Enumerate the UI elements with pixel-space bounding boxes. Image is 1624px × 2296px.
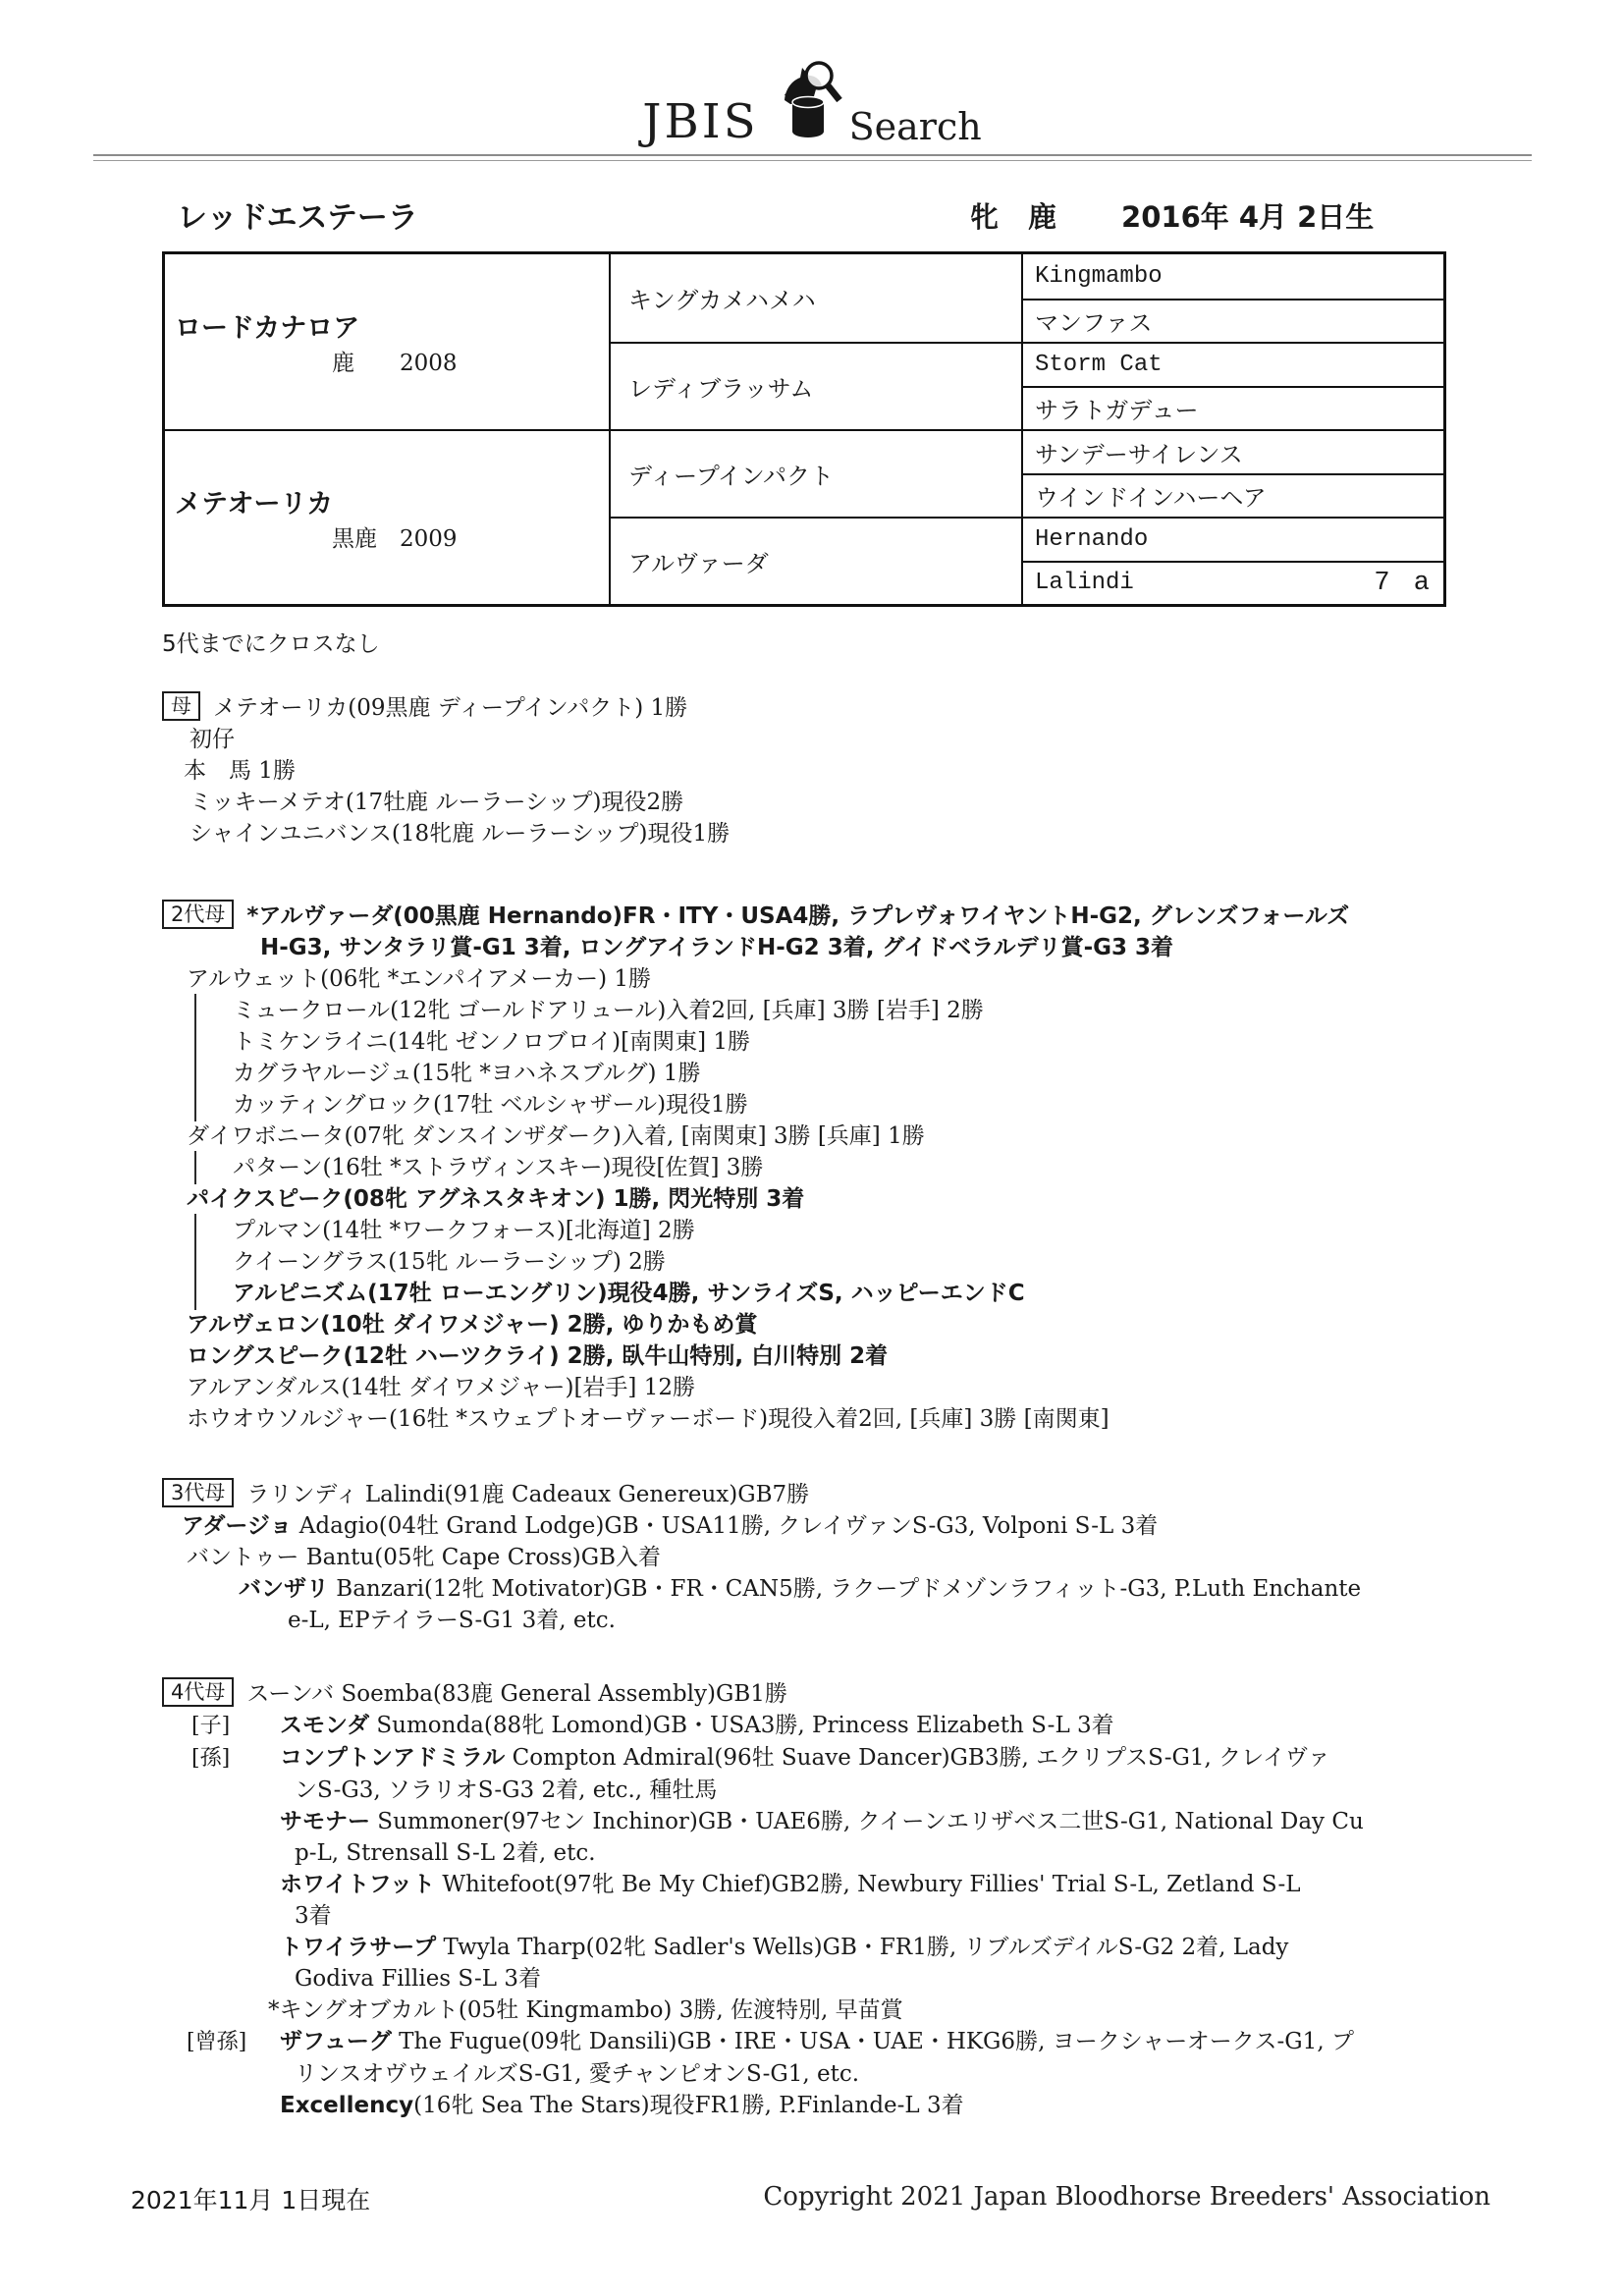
pedigree-line: パターン(16牡 *ストラヴィンスキー)現役[佐賀] 3勝 xyxy=(162,1152,1517,1183)
horse-name-bold: H-G3, サンタラリ賞-G1 3着, ロングアイランドH-G2 3着, グイド… xyxy=(260,935,1173,960)
pedigree-sections: 母メテオーリカ(09黒鹿 ディープインパクト) 1勝初仔本 馬 1勝ミッキーメテ… xyxy=(162,691,1517,2121)
report-date: 2021年11月 1日現在 xyxy=(131,2181,370,2216)
pedigree-table: ロードカナロア 鹿 2008 メテオーリカ 黒鹿 2009 キングカメハメハ レ… xyxy=(162,251,1446,607)
granddam-cell: レディブラッサム xyxy=(609,342,1021,429)
sex-label: 牝 xyxy=(970,195,999,236)
line-text: アルアンダルス(14牡 ダイワメジャー)[岩手] 12勝 xyxy=(187,1375,695,1400)
section-granddam-3: 3代母ラリンディ Lalindi(91鹿 Cadeaux Genereux)GB… xyxy=(162,1478,1517,1636)
pedigree-line: 母メテオーリカ(09黒鹿 ディープインパクト) 1勝 xyxy=(162,691,1517,724)
pedigree-line: プルマン(14牡 *ワークフォース)[北海道] 2勝 xyxy=(162,1215,1517,1246)
ancestor-cell: Lalindi 7 a xyxy=(1021,561,1443,605)
line-text: カグラヤルージュ(15牝 *ヨハネスブルグ) 1勝 xyxy=(233,1061,700,1086)
line-text: クイーングラス(15牝 ルーラーシップ) 2勝 xyxy=(233,1249,666,1275)
pedigree-line: p-L, Strensall S-L 2着, etc. xyxy=(162,1837,1517,1869)
tree-connector-line xyxy=(194,1025,196,1059)
relation-label: [孫] xyxy=(191,1743,280,1775)
pedigree-line: 3代母ラリンディ Lalindi(91鹿 Cadeaux Genereux)GB… xyxy=(162,1478,1517,1510)
line-text: Compton Admiral(96牡 Suave Dancer)GB3勝, エ… xyxy=(505,1745,1329,1771)
pedigree-line: ダイワボニータ(07牝 ダンスインザダーク)入着, [南関東] 3勝 [兵庫] … xyxy=(162,1121,1517,1152)
horse-name-bold: サモナー xyxy=(280,1809,370,1834)
horse-name-bold: アルヴェロン xyxy=(187,1312,320,1338)
line-text: ンS-G3, ソラリオS-G3 2着, etc., 種牡馬 xyxy=(295,1777,717,1803)
section-granddam-2: 2代母*アルヴァーダ(00黒鹿 Hernando)FR・ITY・USA4勝, ラ… xyxy=(162,900,1517,1435)
pedigree-line: [孫]コンプトンアドミラル Compton Admiral(96牡 Suave … xyxy=(162,1742,1517,1775)
tree-connector-line xyxy=(194,1088,196,1121)
line-text: (16牝 Sea The Stars)現役FR1勝, P.Finlande-L … xyxy=(413,2093,964,2118)
jbis-logo: JBIS Search xyxy=(0,59,1624,147)
pedigree-line: H-G3, サンタラリ賞-G1 3着, ロングアイランドH-G2 3着, グイド… xyxy=(162,932,1517,963)
horse-magnifier-logo-icon xyxy=(769,59,845,149)
horse-name-bold: ホワイトフット xyxy=(280,1872,435,1897)
horse-name-bold: バンザリ xyxy=(239,1576,329,1602)
generation-label: 2代母 xyxy=(162,900,234,929)
pedigree-line: ミッキーメテオ(17牡鹿 ルーラーシップ)現役2勝 xyxy=(162,787,1517,818)
pedigree-line: クイーングラス(15牝 ルーラーシップ) 2勝 xyxy=(162,1246,1517,1278)
cross-note: 5代までにクロスなし xyxy=(162,629,1517,660)
section-granddam-4: 4代母スーンバ Soemba(83鹿 General Assembly)GB1勝… xyxy=(162,1677,1517,2121)
horse-name-bold: コンプトンアドミラル xyxy=(280,1745,505,1771)
line-text: p-L, Strensall S-L 2着, etc. xyxy=(295,1840,596,1866)
line-text: Summoner(97セン Inchinor)GB・UAE6勝, クイーンエリザ… xyxy=(370,1809,1364,1834)
line-text: メテオーリカ(09黒鹿 ディープインパクト) 1勝 xyxy=(213,695,687,721)
pedigree-line: ホウオウソルジャー(16牡 *スウェプトオーヴァーボード)現役入着2回, [兵庫… xyxy=(162,1403,1517,1435)
line-text: The Fugue(09牝 Dansili)GB・IRE・USA・UAE・HKG… xyxy=(392,2029,1354,2054)
ancestor-name: Lalindi xyxy=(1035,570,1134,596)
pedigree-line: Excellency(16牝 Sea The Stars)現役FR1勝, P.F… xyxy=(162,2090,1517,2121)
line-text: プルマン(14牡 *ワークフォース)[北海道] 2勝 xyxy=(233,1218,695,1243)
pedigree-line: アルヴェロン(10牡 ダイワメジャー) 2勝, ゆりかもめ賞 xyxy=(162,1309,1517,1340)
horse-name-bold: Excellency xyxy=(280,2093,413,2118)
report-body: 5代までにクロスなし 母メテオーリカ(09黒鹿 ディープインパクト) 1勝初仔本… xyxy=(162,629,1517,2121)
dam-cell: メテオーリカ 黒鹿 2009 xyxy=(165,429,609,604)
line-text: トミケンライニ(14牝 ゼンノロブロイ)[南関東] 1勝 xyxy=(233,1029,750,1055)
ancestor-cell: サラトガデュー xyxy=(1021,386,1443,430)
pedigree-line: シャインユニバンス(18牝鹿 ルーラーシップ)現役1勝 xyxy=(162,818,1517,849)
pedigree-line: Godiva Fillies S-L 3着 xyxy=(162,1963,1517,1995)
dam-name: メテオーリカ xyxy=(175,482,333,520)
tree-connector-line xyxy=(194,1245,196,1279)
pedigree-line: 本 馬 1勝 xyxy=(162,755,1517,787)
generation-label: 4代母 xyxy=(162,1677,234,1707)
line-text: *キングオブカルト(05牡 Kingmambo) 3勝, 佐渡特別, 早苗賞 xyxy=(268,1997,903,2023)
horse-name-bold: アダージョ xyxy=(182,1513,292,1539)
document-page: { "header": { "brand_left": "JBIS", "bra… xyxy=(0,0,1624,2296)
pedigree-line: 3着 xyxy=(162,1900,1517,1932)
pedigree-line: バントゥー Bantu(05牝 Cape Cross)GB入着 xyxy=(162,1542,1517,1573)
ancestor-cell: Hernando xyxy=(1021,517,1443,561)
dam-coat-year: 黒鹿 2009 xyxy=(175,520,458,553)
horse-name-bold: スモンダ xyxy=(280,1713,369,1738)
generation-label: 3代母 xyxy=(162,1478,234,1507)
horse-title: レッドエステーラ xyxy=(177,192,418,237)
tree-connector-line xyxy=(194,1057,196,1090)
pedigree-line: アダージョ Adagio(04牡 Grand Lodge)GB・USA11勝, … xyxy=(162,1510,1517,1542)
pedigree-line: [曾孫]ザフューグ The Fugue(09牝 Dansili)GB・IRE・U… xyxy=(162,2026,1517,2058)
line-text: Adagio(04牡 Grand Lodge)GB・USA11勝, クレイヴァン… xyxy=(292,1513,1158,1539)
tree-connector-line xyxy=(194,994,196,1027)
horse-name-bold: (10牡 ダイワメジャー) 2勝, ゆりかもめ賞 xyxy=(320,1312,757,1338)
horse-name-bold: ザフューグ xyxy=(280,2029,392,2054)
tree-connector-line xyxy=(194,1214,196,1247)
pedigree-line: トミケンライニ(14牝 ゼンノロブロイ)[南関東] 1勝 xyxy=(162,1026,1517,1058)
pedigree-line: [子]スモンダ Sumonda(88牝 Lomond)GB・USA3勝, Pri… xyxy=(162,1710,1517,1742)
pedigree-line: サモナー Summoner(97セン Inchinor)GB・UAE6勝, クイ… xyxy=(162,1806,1517,1837)
pedigree-line: ミュークロール(12牝 ゴールドアリュール)入着2回, [兵庫] 3勝 [岩手]… xyxy=(162,995,1517,1026)
grandsire-cell: キングカメハメハ xyxy=(609,254,1021,342)
sex-coat-birth: 牝 鹿 2016年 4月 2日生 xyxy=(970,195,1374,236)
line-text: カッティングロック(17牡 ベルシャザール)現役1勝 xyxy=(233,1092,748,1118)
pedigree-line: アルウェット(06牝 *エンパイアメーカー) 1勝 xyxy=(162,963,1517,995)
horse-name-bold: パイクスピーク xyxy=(187,1186,343,1212)
search-logo-text: Search xyxy=(849,108,982,145)
pedigree-line: 4代母スーンバ Soemba(83鹿 General Assembly)GB1勝 xyxy=(162,1677,1517,1710)
horse-name-bold: (12牡 ハーツクライ) 2勝, 臥牛山特別, 白川特別 2着 xyxy=(343,1343,888,1369)
generation-label: 母 xyxy=(162,691,200,721)
horse-name-bold: アルピニズム xyxy=(233,1281,367,1306)
horse-name-bold: (17牡 ローエングリン)現役4勝, サンライズS, ハッピーエンドC xyxy=(367,1281,1025,1306)
line-text: ミュークロール(12牝 ゴールドアリュール)入着2回, [兵庫] 3勝 [岩手]… xyxy=(233,998,984,1023)
ancestor-cell: ウインドインハーヘア xyxy=(1021,473,1443,518)
tree-connector-line xyxy=(194,1151,196,1184)
jbis-logo-text: JBIS xyxy=(642,98,758,145)
line-text: ホウオウソルジャー(16牡 *スウェプトオーヴァーボード)現役入着2回, [兵庫… xyxy=(187,1406,1110,1432)
pedigree-line: アルピニズム(17牡 ローエングリン)現役4勝, サンライズS, ハッピーエンド… xyxy=(162,1278,1517,1309)
granddam-cell: アルヴァーダ xyxy=(609,517,1021,604)
header-divider xyxy=(93,154,1532,161)
horse-name-bold: *アルヴァーダ xyxy=(246,903,393,929)
pedigree-line: ンS-G3, ソラリオS-G3 2着, etc., 種牡馬 xyxy=(162,1775,1517,1806)
pedigree-line: *キングオブカルト(05牡 Kingmambo) 3勝, 佐渡特別, 早苗賞 xyxy=(162,1995,1517,2026)
horse-name-bold: トワイラサープ xyxy=(280,1935,436,1960)
pedigree-line: パイクスピーク(08牝 アグネスタキオン) 1勝, 閃光特別 3着 xyxy=(162,1183,1517,1215)
line-text: Godiva Fillies S-L 3着 xyxy=(295,1966,541,1992)
line-text: ミッキーメテオ(17牡鹿 ルーラーシップ)現役2勝 xyxy=(189,790,683,815)
section-dam: 母メテオーリカ(09黒鹿 ディープインパクト) 1勝初仔本 馬 1勝ミッキーメテ… xyxy=(162,691,1517,849)
line-text: 初仔 xyxy=(189,727,235,752)
line-text: アルウェット(06牝 *エンパイアメーカー) 1勝 xyxy=(187,966,651,992)
line-text: シャインユニバンス(18牝鹿 ルーラーシップ)現役1勝 xyxy=(189,821,730,847)
ancestor-cell: サンデーサイレンス xyxy=(1021,429,1443,473)
pedigree-line: アルアンダルス(14牡 ダイワメジャー)[岩手] 12勝 xyxy=(162,1372,1517,1403)
line-text: ダイワボニータ(07牝 ダンスインザダーク)入着, [南関東] 3勝 [兵庫] … xyxy=(187,1123,925,1149)
horse-name-bold: (08牝 アグネスタキオン) 1勝, 閃光特別 3着 xyxy=(343,1186,804,1212)
coat-label: 鹿 xyxy=(1028,195,1056,236)
line-text: Sumonda(88牝 Lomond)GB・USA3勝, Princess El… xyxy=(369,1713,1114,1738)
pedigree-line: 初仔 xyxy=(162,724,1517,755)
grandsire-cell: ディープインパクト xyxy=(609,429,1021,517)
pedigree-line: e-L, EPテイラーS-G1 3着, etc. xyxy=(162,1605,1517,1636)
pedigree-line: カッティングロック(17牡 ベルシャザール)現役1勝 xyxy=(162,1089,1517,1121)
horse-name-bold: ロングスピーク xyxy=(187,1343,343,1369)
birthdate-label: 2016年 4月 2日生 xyxy=(1121,195,1374,236)
relation-label: [曾孫] xyxy=(187,2027,280,2058)
copyright-notice: Copyright 2021 Japan Bloodhorse Breeders… xyxy=(763,2182,1490,2212)
line-text: Twyla Tharp(02牝 Sadler's Wells)GB・FR1勝, … xyxy=(436,1935,1288,1960)
ancestor-cell: Storm Cat xyxy=(1021,342,1443,386)
line-text: ラリンディ Lalindi(91鹿 Cadeaux Genereux)GB7勝 xyxy=(246,1482,809,1507)
pedigree-line: カグラヤルージュ(15牝 *ヨハネスブルグ) 1勝 xyxy=(162,1058,1517,1089)
line-text: パターン(16牡 *ストラヴィンスキー)現役[佐賀] 3勝 xyxy=(233,1155,763,1180)
ancestor-cell: Kingmambo xyxy=(1021,254,1443,299)
pedigree-line: 2代母*アルヴァーダ(00黒鹿 Hernando)FR・ITY・USA4勝, ラ… xyxy=(162,900,1517,932)
pedigree-line: ロングスピーク(12牡 ハーツクライ) 2勝, 臥牛山特別, 白川特別 2着 xyxy=(162,1340,1517,1372)
pedigree-line: トワイラサープ Twyla Tharp(02牝 Sadler's Wells)G… xyxy=(162,1932,1517,1963)
line-text: Banzari(12牝 Motivator)GB・FR・CAN5勝, ラクープド… xyxy=(329,1576,1361,1602)
pedigree-line: リンスオヴウェイルズS-G1, 愛チャンピオンS-G1, etc. xyxy=(162,2058,1517,2090)
line-text: 本 馬 1勝 xyxy=(184,758,296,784)
line-text: e-L, EPテイラーS-G1 3着, etc. xyxy=(288,1608,616,1633)
line-text: Whitefoot(97牝 Be My Chief)GB2勝, Newbury … xyxy=(435,1872,1300,1897)
line-text: バントゥー Bantu(05牝 Cape Cross)GB入着 xyxy=(187,1545,661,1570)
pedigree-line: バンザリ Banzari(12牝 Motivator)GB・FR・CAN5勝, … xyxy=(162,1573,1517,1605)
line-text: スーンバ Soemba(83鹿 General Assembly)GB1勝 xyxy=(246,1681,786,1707)
horse-name-bold: (00黒鹿 Hernando)FR・ITY・USA4勝, ラプレヴォワイヤントH… xyxy=(393,903,1349,929)
family-number: 7 a xyxy=(1366,569,1434,598)
line-text: 3着 xyxy=(295,1903,332,1929)
tree-connector-line xyxy=(194,1277,196,1310)
pedigree-line: ホワイトフット Whitefoot(97牝 Be My Chief)GB2勝, … xyxy=(162,1869,1517,1900)
ancestor-cell: マンファス xyxy=(1021,299,1443,343)
sire-cell: ロードカナロア 鹿 2008 xyxy=(165,254,609,429)
line-text: リンスオヴウェイルズS-G1, 愛チャンピオンS-G1, etc. xyxy=(295,2061,859,2087)
sire-coat-year: 鹿 2008 xyxy=(175,345,458,377)
sire-name: ロードカナロア xyxy=(175,306,359,345)
relation-label: [子] xyxy=(191,1711,280,1742)
